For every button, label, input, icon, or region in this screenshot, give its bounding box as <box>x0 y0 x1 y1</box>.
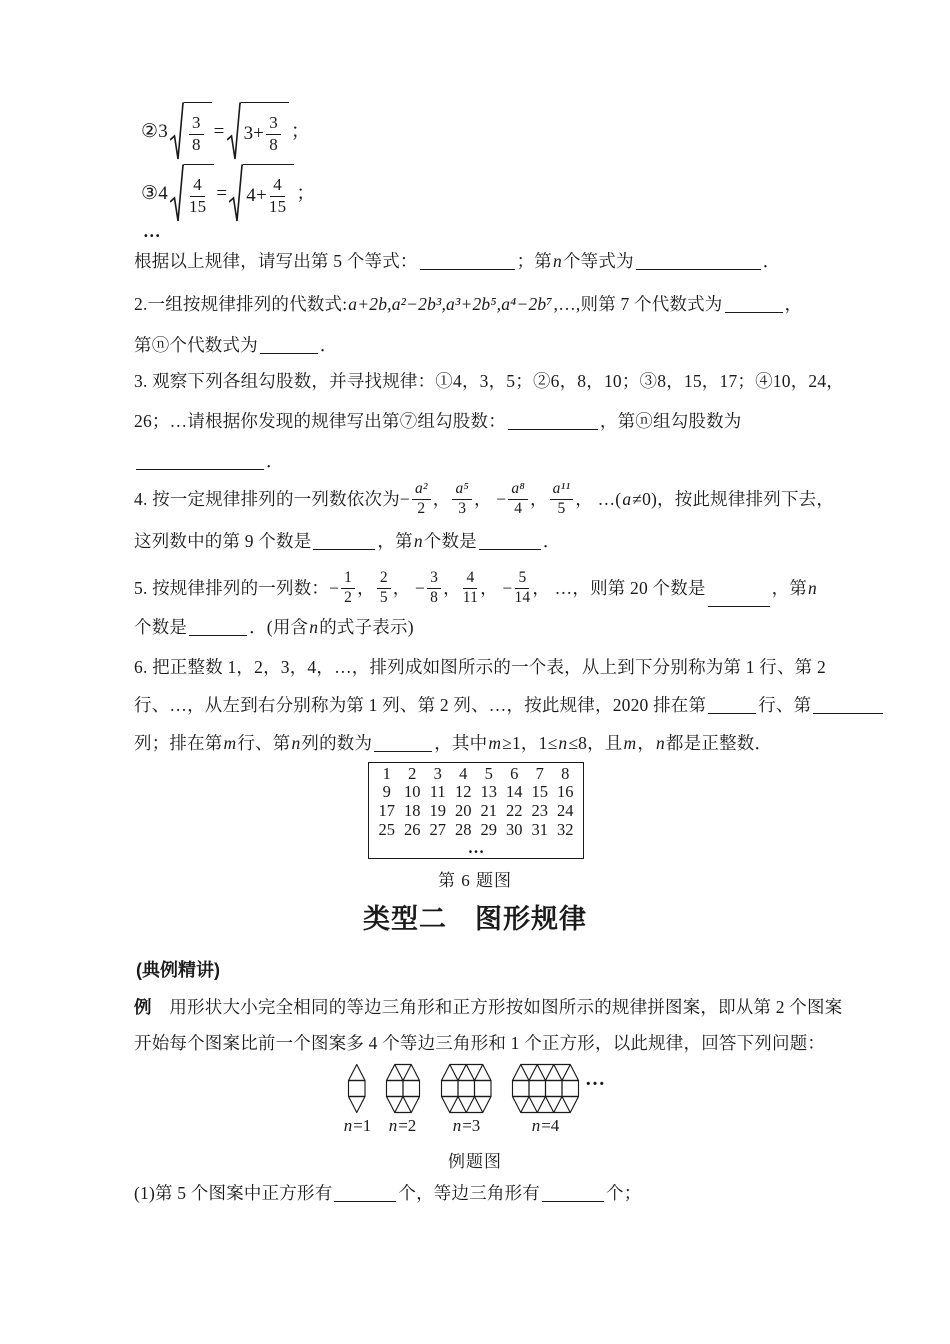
math-variable: n <box>655 732 666 755</box>
fraction-denominator: 15 <box>269 197 286 216</box>
text-run: ，第 <box>377 530 412 553</box>
table-row: 910111213141516 <box>374 783 578 800</box>
text-run: ③4 <box>141 182 168 207</box>
text-run: ， <box>433 488 451 511</box>
text-run: 个等式为 <box>563 250 634 273</box>
fraction-denominator: 8 <box>430 589 438 606</box>
text-run: … <box>143 220 161 243</box>
math-variable: m <box>487 732 502 755</box>
pattern-label-n4: n=4 <box>513 1116 577 1136</box>
table-cell: 8 <box>553 765 579 782</box>
pattern-label-n2: n=2 <box>370 1116 434 1136</box>
table-cell: 5 <box>476 765 502 782</box>
fraction: 415 <box>269 176 286 215</box>
text-run: 个数是 <box>134 616 187 639</box>
math-variable: n <box>531 1116 542 1135</box>
pattern-figure-n2 <box>385 1063 421 1119</box>
table-cell: 11 <box>425 783 451 800</box>
fraction: 38 <box>266 114 281 153</box>
text-run: = <box>216 182 227 207</box>
text-run: ，第 <box>772 577 807 600</box>
fraction: a⁸4 <box>508 481 528 517</box>
text-run: ， − <box>393 577 425 600</box>
text-run: ,…,则第 7 个代数式为 <box>554 293 723 316</box>
text-run: 根据以上规律，请写出第 5 个等式： <box>134 250 418 273</box>
text-run: 都是正整数． <box>666 732 772 755</box>
math-variable: a <box>621 488 632 511</box>
square-root-content: 3+38 <box>241 102 289 162</box>
section-title: 类型二 图形规律 <box>0 897 950 936</box>
square-root: 415 <box>170 164 214 224</box>
text-run: 列的数为 <box>301 732 372 755</box>
text-run: 2.一组按规律排列的代数式: <box>134 293 347 316</box>
fraction-denominator: 5 <box>380 589 388 606</box>
text-run: ． <box>320 334 338 357</box>
fraction-numerator: 2 <box>377 570 391 588</box>
text-run: ， <box>785 293 803 316</box>
table-cell: 25 <box>374 821 400 838</box>
worksheet-page: ②338 = 3+38 ； ③4415 = 4+415 ； … 根据以上规律，请… <box>0 0 950 1344</box>
equation-line-2: ②338 = 3+38 ； <box>141 103 310 161</box>
table-cell: 30 <box>502 821 528 838</box>
pattern-figure-n1 <box>347 1063 367 1119</box>
text-run: ≥1，1≤ <box>502 732 557 755</box>
table-cell: 3 <box>425 765 451 782</box>
table-cell: 9 <box>374 783 400 800</box>
table-caption: 第 6 题图 <box>0 866 950 891</box>
table-cell: 24 <box>553 802 579 819</box>
text-run: ， <box>637 732 655 755</box>
text-run: 3. 观察下列各组勾股数，并寻找规律：①4，3，5；②6，8，10；③8，15，… <box>134 370 844 393</box>
text-run: 个数是 <box>424 530 477 553</box>
problem2-line-1: 2.一组按规律排列的代数式:a+2b,a²−2b³,a³+2b⁵,a⁴−2b⁷,… <box>134 293 802 316</box>
text-run: ． <box>543 530 561 553</box>
text-run: ； <box>296 182 315 207</box>
ellipsis-line: … <box>143 220 161 243</box>
fraction: 38 <box>189 114 204 153</box>
table-cell: 28 <box>451 821 477 838</box>
problem4-line-1: 4. 按一定规律排列的一列数依次为−a²2，a⁵3， −a⁸4，a¹¹5， …(… <box>134 476 834 522</box>
text-run: 5. 按规律排列的一列数：− <box>134 577 339 600</box>
pattern-figure-n4 <box>511 1063 580 1119</box>
text-run: ，第ⓝ组勾股数为 <box>600 410 742 433</box>
text-run: 行、第 <box>237 732 290 755</box>
fraction: 415 <box>189 176 206 215</box>
answer-blank <box>508 429 598 430</box>
answer-blank <box>636 269 761 270</box>
math-variable: n <box>807 577 818 600</box>
answer-blank <box>479 549 541 550</box>
text-run: ， …( <box>575 488 621 511</box>
math-variable: n <box>557 732 568 755</box>
text-run: =3 <box>462 1116 480 1136</box>
text-run: ，其中 <box>434 732 487 755</box>
text-run: 4. 按一定规律排列的一列数依次为− <box>134 488 410 511</box>
example-question-1: (1)第 5 个图案中正方形有个，等边三角形有个； <box>134 1182 641 1205</box>
fraction-denominator: 2 <box>344 589 352 606</box>
table-cell: 20 <box>451 802 477 819</box>
fraction-numerator: 5 <box>515 570 529 588</box>
problem1-conclusion-line: 根据以上规律，请写出第 5 个等式：；第 n 个等式为． <box>134 250 780 273</box>
figure-caption: 例题图 <box>0 1147 950 1172</box>
equation-line-3: ③4415 = 4+415 ； <box>141 165 316 223</box>
math-variable: n <box>343 1116 354 1135</box>
text-run: ； <box>291 120 310 145</box>
table-cell: 31 <box>527 821 553 838</box>
table-cell: 10 <box>400 783 426 800</box>
table-row: 12345678 <box>374 765 578 782</box>
fraction: a²2 <box>412 481 431 517</box>
text-run: ， − <box>480 577 512 600</box>
square-root-content: 415 <box>184 164 214 224</box>
square-root: 3+38 <box>227 102 289 162</box>
text-run: ， <box>530 488 548 511</box>
math-variable: n <box>413 530 424 553</box>
subsection-label: (典例精讲) <box>136 956 220 982</box>
fraction-numerator: 1 <box>341 570 355 588</box>
fraction-numerator: 3 <box>266 114 281 134</box>
math-variable: n <box>452 1116 463 1135</box>
fraction-numerator: 4 <box>190 176 205 196</box>
radical-sign-icon <box>227 102 241 162</box>
fraction-numerator: 4 <box>270 176 285 196</box>
text-run: =1 <box>353 1116 371 1136</box>
text-run: ．(用含 <box>249 616 308 639</box>
math-variable: a+2b,a²−2b³,a³+2b⁵,a⁴−2b⁷ <box>347 293 553 316</box>
text-run: ， …，则第 20 个数是 <box>532 577 705 600</box>
math-variable: n <box>308 616 319 639</box>
text-run: ②3 <box>141 120 168 145</box>
text-run: ；第 <box>517 250 552 273</box>
table-cell: 1 <box>374 765 400 782</box>
table-cell: 14 <box>502 783 528 800</box>
fraction-numerator: a¹¹ <box>550 481 574 499</box>
square-root-content: 38 <box>184 102 212 162</box>
table-cell: 27 <box>425 821 451 838</box>
fraction: a¹¹5 <box>550 481 574 517</box>
radical-sign-icon <box>229 164 243 224</box>
table-cell: 13 <box>476 783 502 800</box>
math-variable: n <box>552 250 563 273</box>
fraction-numerator: a⁸ <box>508 481 528 499</box>
table-cell: 19 <box>425 802 451 819</box>
table-cell: 22 <box>502 802 528 819</box>
text-run: ， <box>443 577 461 600</box>
radical-sign-icon <box>170 164 184 224</box>
table-cell: 23 <box>527 802 553 819</box>
pattern-shape-drawing <box>347 1063 367 1114</box>
answer-blank <box>136 469 264 470</box>
fraction-denominator: 2 <box>417 500 425 517</box>
problem6-line-1: 6. 把正整数 1，2，3，4，…，排列成如图所示的一个表，从上到下分别称为第 … <box>134 656 826 679</box>
math-variable: m <box>223 732 238 755</box>
fraction-denominator: 3 <box>458 500 466 517</box>
table-cell: 15 <box>527 783 553 800</box>
text-run: 行、…，从左到右分别称为第 1 列、第 2 列、…，按此规律，2020 排在第 <box>134 694 706 717</box>
table-row: 2526272829303132 <box>374 821 578 838</box>
fraction-denominator: 15 <box>189 197 206 216</box>
text-run: 26；…请根据你发现的规律写出第⑦组勾股数： <box>134 410 506 433</box>
table-cell: 18 <box>400 802 426 819</box>
square-root-content: 4+415 <box>243 164 294 224</box>
pattern-shape-drawing <box>511 1063 580 1114</box>
fraction: 38 <box>427 570 441 606</box>
text-run: 这列数中的第 9 个数是 <box>134 530 311 553</box>
bold-run: 例 <box>134 996 152 1019</box>
fraction: 12 <box>341 570 355 606</box>
table-ellipsis-row: … <box>374 839 578 856</box>
table-cell: 32 <box>553 821 579 838</box>
fraction: 411 <box>463 570 478 606</box>
fraction-numerator: 3 <box>427 570 441 588</box>
problem3-line-1: 3. 观察下列各组勾股数，并寻找规律：①4，3，5；②6，8，10；③8，15，… <box>134 370 844 393</box>
figure-ellipsis: … <box>585 1068 606 1091</box>
text-run: 6. 把正整数 1，2，3，4，…，排列成如图所示的一个表，从上到下分别称为第 … <box>134 656 826 679</box>
answer-blank <box>725 312 783 313</box>
text-run: 第ⓝ个代数式为 <box>134 334 258 357</box>
example-line-2: 开始每个图案比前一个图案多 4 个等边三角形和 1 个正方形，以此规律，回答下列… <box>134 1032 825 1055</box>
text-run: =2 <box>398 1116 416 1136</box>
text-run: (1)第 5 个图案中正方形有 <box>134 1182 332 1205</box>
radical-sign-icon <box>170 102 184 162</box>
answer-blank <box>708 713 756 714</box>
problem5-line-2: 个数是．(用含 n 的式子表示) <box>134 616 414 639</box>
table-cell: 12 <box>451 783 477 800</box>
table-cell: 6 <box>502 765 528 782</box>
table-cell: 26 <box>400 821 426 838</box>
table-cell: 7 <box>527 765 553 782</box>
math-variable: n <box>290 732 301 755</box>
answer-blank <box>420 269 515 270</box>
problem2-line-2: 第ⓝ个代数式为． <box>134 334 338 357</box>
table-cell: 29 <box>476 821 502 838</box>
pattern-shape-drawing <box>440 1063 493 1114</box>
answer-blank <box>334 1201 396 1202</box>
math-variable: m <box>623 732 638 755</box>
answer-blank <box>374 751 432 752</box>
answer-blank <box>313 549 375 550</box>
text-run: ， <box>357 577 375 600</box>
number-table: 1234567891011121314151617181920212223242… <box>368 762 584 859</box>
problem6-line-2: 行、…，从左到右分别称为第 1 列、第 2 列、…，按此规律，2020 排在第行… <box>134 694 885 717</box>
table-cell: 21 <box>476 802 502 819</box>
text-run: 开始每个图案比前一个图案多 4 个等边三角形和 1 个正方形，以此规律，回答下列… <box>134 1032 825 1055</box>
table-cell: 16 <box>553 783 579 800</box>
pattern-label-n3: n=3 <box>434 1116 498 1136</box>
problem3-line-3: ． <box>134 450 284 473</box>
text-run: 列；排在第 <box>134 732 223 755</box>
text-run: 个，等边三角形有 <box>398 1182 540 1205</box>
answer-blank <box>813 713 883 714</box>
fraction-numerator: a² <box>412 481 431 499</box>
table-row: 1718192021222324 <box>374 802 578 819</box>
fraction-denominator: 8 <box>192 135 201 154</box>
table-cell: 4 <box>451 765 477 782</box>
fraction-denominator: 8 <box>269 135 278 154</box>
text-run: 的式子表示) <box>319 616 414 639</box>
text-run: 3+ <box>244 122 265 147</box>
square-root: 4+415 <box>229 164 294 224</box>
fraction: 25 <box>377 570 391 606</box>
example-line-1: 例 用形状大小完全相同的等边三角形和正方形按如图所示的规律拼图案，即从第 2 个… <box>134 996 842 1019</box>
problem5-line-1: 5. 按规律排列的一列数：−12，25， −38，411， −514， …，则第… <box>134 566 818 610</box>
problem6-line-3: 列；排在第 m 行、第 n 列的数为，其中 m≥1，1≤n≤8，且 m，n 都是… <box>134 732 772 755</box>
fraction-denominator: 14 <box>514 589 530 606</box>
pattern-figure-n3 <box>440 1063 493 1119</box>
pattern-shape-drawing <box>385 1063 421 1114</box>
table-cell: 2 <box>400 765 426 782</box>
fraction-numerator: 3 <box>189 114 204 134</box>
fraction-denominator: 5 <box>557 500 565 517</box>
text-run: 用形状大小完全相同的等边三角形和正方形按如图所示的规律拼图案，即从第 2 个图案 <box>152 996 843 1019</box>
problem3-line-2: 26；…请根据你发现的规律写出第⑦组勾股数：，第ⓝ组勾股数为 <box>134 410 742 433</box>
table-cell: 17 <box>374 802 400 819</box>
text-run: ≤8，且 <box>568 732 622 755</box>
answer-blank <box>708 606 770 607</box>
text-run: ， − <box>474 488 506 511</box>
text-run: = <box>214 120 225 145</box>
text-run: ． <box>266 450 284 473</box>
text-run: 行、第 <box>758 694 811 717</box>
answer-blank <box>189 635 247 636</box>
math-variable: n <box>388 1116 399 1135</box>
text-run: 个； <box>606 1182 641 1205</box>
fraction: 514 <box>514 570 530 606</box>
fraction-denominator: 4 <box>514 500 522 517</box>
text-run: ≠0)，按此规律排列下去， <box>632 488 834 511</box>
text-run: =4 <box>541 1116 559 1136</box>
problem4-line-2: 这列数中的第 9 个数是，第 n 个数是． <box>134 530 561 553</box>
fraction-numerator: a⁵ <box>452 481 472 499</box>
fraction-numerator: 4 <box>463 570 477 588</box>
answer-blank <box>260 353 318 354</box>
text-run: 4+ <box>246 184 267 209</box>
square-root: 38 <box>170 102 212 162</box>
answer-blank <box>542 1201 604 1202</box>
fraction-denominator: 11 <box>463 589 478 606</box>
text-run: ． <box>763 250 781 273</box>
fraction: a⁵3 <box>452 481 472 517</box>
